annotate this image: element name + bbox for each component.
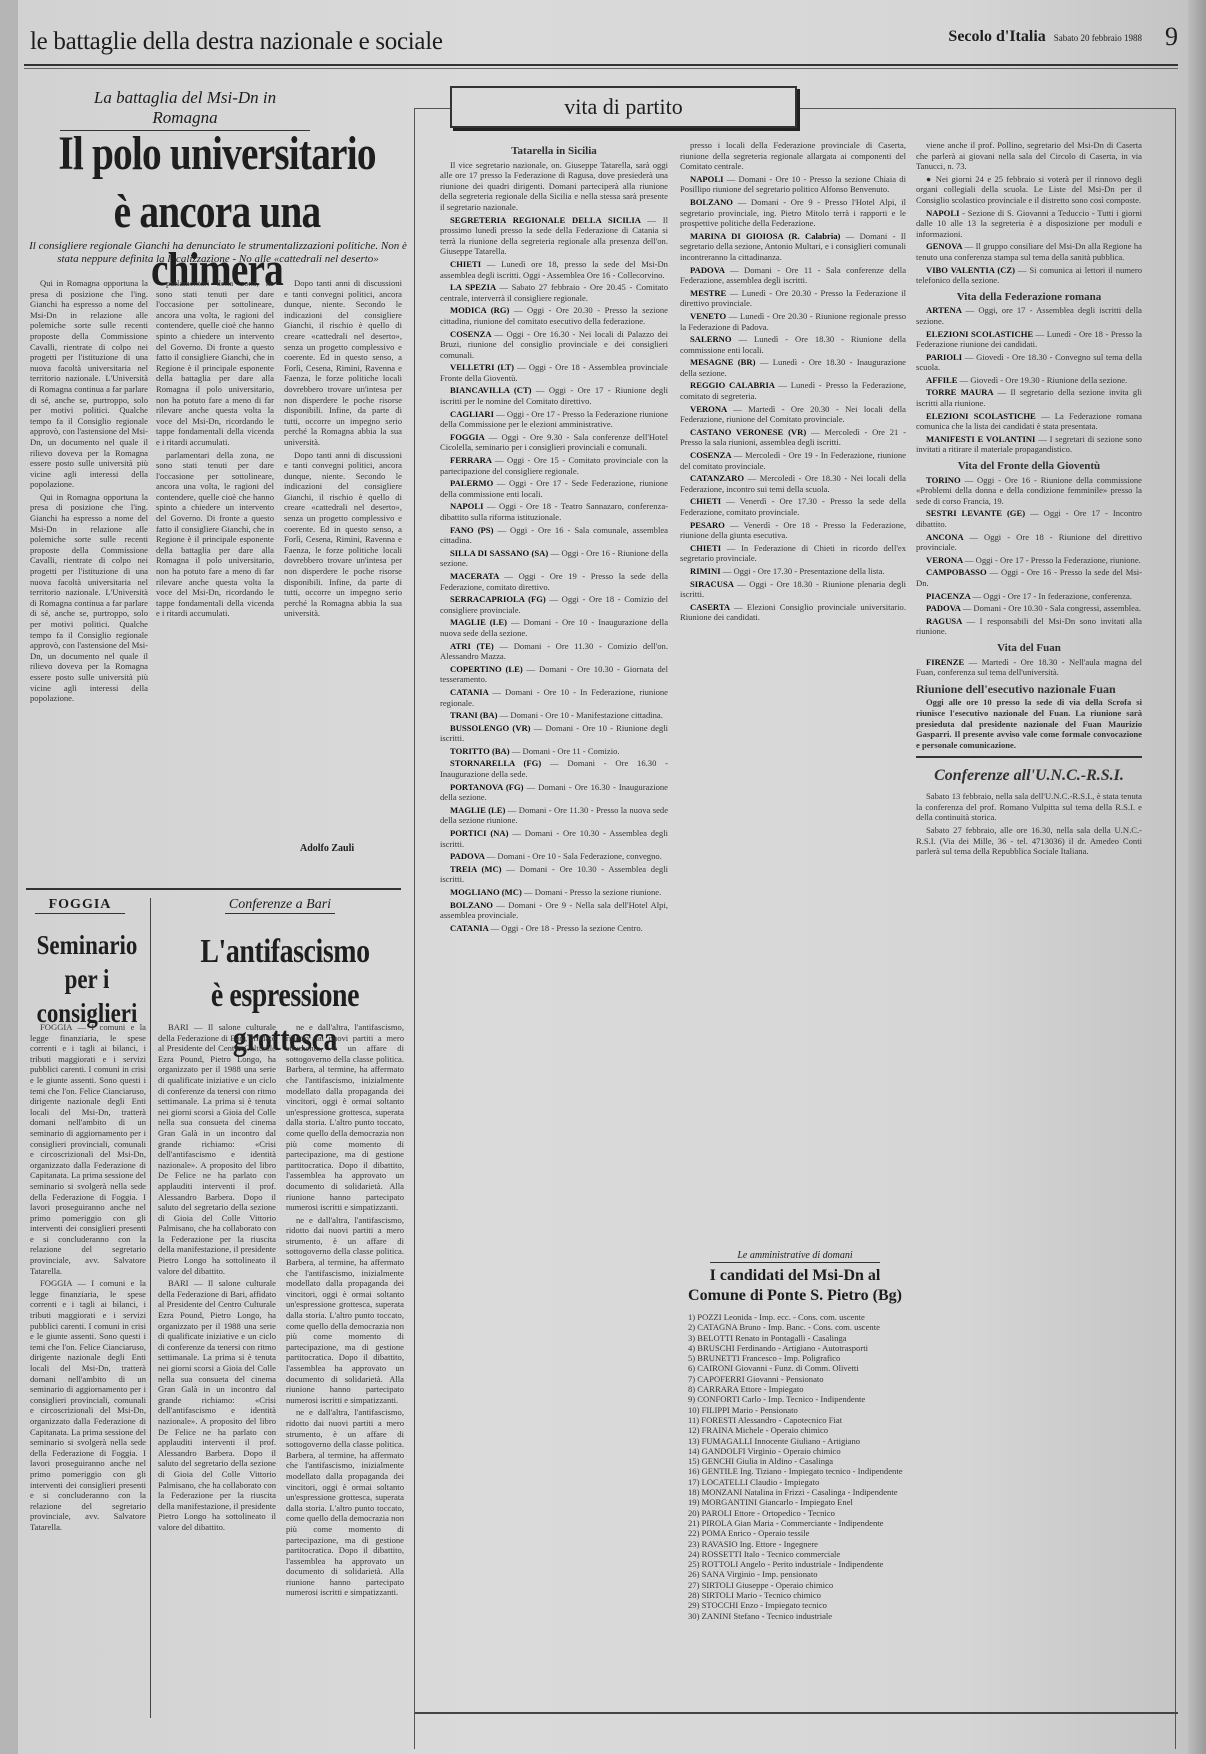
notice-place: MAGLIE (LE) [450,805,508,815]
notice-entry: BIANCAVILLA (CT) — Oggi - Ore 17 - Riuni… [440,385,668,406]
notice-place: FERRARA [450,455,495,465]
vita-di-partito-banner: vita di partito [450,86,797,128]
notice-entry: PARIOLI — Giovedì - Ore 18.30 - Convegno… [916,352,1142,373]
foggia-text: FOGGIA — I comuni e la legge finanziaria… [30,1278,146,1532]
notice-entry: CAGLIARI — Oggi - Ore 17 - Presso la Fed… [440,409,668,430]
notice-place: ATRI (TE) [450,641,499,651]
notice-entry: PALERMO — Oggi - Ore 17 - Sede Federazio… [440,478,668,499]
notice-entry: TORRE MAURA — Il segretario della sezion… [916,387,1142,408]
notice-place: SESTRI LEVANTE (GE) [926,508,1030,518]
page-shadow-edge [1188,0,1206,1754]
notice-entry: BOLZANO — Domani - Ore 9 - Presso l'Hote… [680,197,906,229]
candidate-item: 1) POZZI Leonida - Imp. ecc. - Cons. com… [688,1312,906,1322]
notice-place: TRANI (BA) [450,710,500,720]
notice-entry: PORTANOVA (FG) — Domani - Ore 16.30 - In… [440,782,668,803]
lead-column-text: parlamentari della zona, ne sono stati t… [156,450,274,620]
notice-entry: ANCONA — Oggi - Ore 18 - Riunione del di… [916,532,1142,553]
notice-place: TORINO [926,475,965,485]
notice-place: CHIETI [690,543,727,553]
vita-column-1: Tatarella in Sicilia Il vice segretario … [440,140,668,1720]
bari-label: Conferenze a Bari [225,897,335,914]
candidate-item: 19) MORGANTINI Giancarlo - Impiegato Ene… [688,1497,906,1507]
notice-entry: SESTRI LEVANTE (GE) — Oggi - Ore 17 - In… [916,508,1142,529]
col1-entries: SEGRETERIA REGIONALE DELLA SICILIA — Il … [440,215,668,934]
notice-entry: presso i locali della Federazione provin… [680,140,906,172]
notice-place: VERONA [690,404,733,414]
notice-entry: COSENZA — Mercoledì - Ore 19 - In Federa… [680,450,906,471]
notice-entry: CASERTA — Elezioni Consiglio provinciale… [680,602,906,623]
section-title: le battaglie della destra nazionale e so… [30,28,443,56]
lead-column-text: Dopo tanti anni di discussioni e tanti c… [284,278,402,448]
executive-title: Riunione dell'esecutivo nazionale Fuan [916,684,1142,695]
lead-column-1: Qui in Romagna opportuna la presa di pos… [30,278,148,833]
notice-place: BUSSOLENGO (VR) [450,723,534,733]
notice-place: ANCONA [926,532,969,542]
notice-text: — Domani - Ore 11 - Comizio. [512,746,620,756]
notice-entry: TORITTO (BA) — Domani - Ore 11 - Comizio… [440,746,668,757]
notice-text: presso i locali della Federazione provin… [680,140,906,171]
notice-entry: VERONA — Martedì - Ore 20.30 - Nei local… [680,404,906,425]
candidate-item: 4) BRUSCHI Ferdinando - Artigiano - Auto… [688,1343,906,1353]
bari-headline-line1: L'antifascismo [174,930,395,974]
notice-place: MACERATA [450,571,504,581]
section-divider [26,888,401,890]
col3-bullet: ● Nei giorni 24 e 25 febbraio si voterà … [916,174,1142,206]
candidate-item: 2) CATAGNA Bruno - Imp. Banc. - Cons. co… [688,1322,906,1332]
notice-place: MOGLIANO (MC) [450,887,524,897]
notice-entry: PADOVA — Domani - Ore 10 - Sala Federazi… [440,851,668,862]
candidate-item: 11) FORESTI Alessandro - Capotecnico Fia… [688,1415,906,1425]
notice-entry: CATANZARO — Mercoledì - Ore 18.30 - Nei … [680,473,906,494]
notice-place: PORTANOVA (FG) [450,782,527,792]
notice-entry: CHIETI — Venerdì - Ore 17.30 - Presso la… [680,496,906,517]
notice-place: BIANCAVILLA (CT) [450,385,536,395]
notice-entry: NAPOLI — Oggi - Ore 18 - Teatro Sannazar… [440,501,668,522]
notice-place: MESAGNE (BR) [690,357,760,367]
notice-place: AFFILE [926,375,960,385]
lead-column-3: Dopo tanti anni di discussioni e tanti c… [284,278,402,833]
notice-place: COSENZA [450,329,495,339]
col3-intro: viene anche il prof. Pollino, segretario… [916,140,1142,172]
notice-entry: SILLA DI SASSANO (SA) — Oggi - Ore 16 - … [440,548,668,569]
candidates-list: 1) POZZI Leonida - Imp. ecc. - Cons. com… [688,1312,906,1621]
notice-place: PORTICI (NA) [450,828,512,838]
candidate-item: 18) MONZANI Natalina in Frizzi - Casalin… [688,1487,906,1497]
candidate-item: 25) ROTTOLI Angelo - Perito industriale … [688,1559,906,1569]
notice-place: COSENZA [690,450,734,460]
candidate-item: 22) POMA Enrico - Operaio tessile [688,1528,906,1538]
notice-place: FANO (PS) [450,525,497,535]
notice-entry: MOGLIANO (MC) — Domani - Presso la sezio… [440,887,668,898]
bari-text: ne e dall'altra, l'antifascismo, ridotto… [286,1215,404,1406]
notice-place: CATANIA [450,923,491,933]
candidate-item: 30) ZANINI Stefano - Tecnico industriale [688,1611,906,1621]
notice-place: LA SPEZIA [450,282,499,292]
candidate-item: 7) CAPOFERRI Giovanni - Pensionato [688,1374,906,1384]
tatarella-intro: Il vice segretario nazionale, on. Giusep… [440,160,668,213]
notice-entry: MODICA (RG) — Oggi - Ore 20.30 - Presso … [440,305,668,326]
fuan-entries: FIRENZE — Martedì - Ore 18.30 - Nell'aul… [916,657,1142,678]
notice-entry: CHIETI — In Federazione di Chieti in ric… [680,543,906,564]
notice-place: SERRACAPRIOLA (FG) [450,594,549,604]
notice-entry: PADOVA — Domani - Ore 10.30 - Sala congr… [916,603,1142,614]
page-binding-edge [0,0,20,1754]
candidate-item: 24) ROSSETTI Italo - Tecnico commerciale [688,1549,906,1559]
conference-text-1: Sabato 13 febbraio, nella sala dell'U.N.… [916,791,1142,823]
notice-entry: COPERTINO (LE) — Domani - Ore 10.30 - Gi… [440,664,668,685]
lead-headline: Il polo universitario è ancora una chime… [57,125,377,299]
notice-entry: FANO (PS) — Oggi - Ore 16 - Sala comunal… [440,525,668,546]
lead-column-text: Dopo tanti anni di discussioni e tanti c… [284,450,402,620]
notice-place: PADOVA [450,851,487,861]
notice-entry: STORNARELLA (FG) — Domani - Ore 16.30 - … [440,758,668,779]
notice-place: VERONA [926,555,965,565]
notice-entry: ELEZIONI SCOLASTICHE — La Federazione ro… [916,411,1142,432]
notice-text: — Domani - Ore 10 - Manifestazione citta… [500,710,663,720]
notice-entry: FOGGIA — Oggi - Ore 9.30 - Sala conferen… [440,432,668,453]
notice-text: — Domani - Ore 10.30 - Sala congressi, a… [963,603,1141,613]
bari-column-2: ne e dall'altra, l'antifascismo, ridotto… [286,1022,404,1722]
tatarella-title: Tatarella in Sicilia [440,146,668,157]
notice-entry: SEGRETERIA REGIONALE DELLA SICILIA — Il … [440,215,668,257]
notice-place: MESTRE [690,288,730,298]
vita-column-3: viene anche il prof. Pollino, segretario… [916,140,1142,1710]
notice-entry: COSENZA — Oggi - Ore 16.30 - Nei locali … [440,329,668,361]
conf-divider [916,756,1142,758]
notice-entry: FIRENZE — Martedì - Ore 18.30 - Nell'aul… [916,657,1142,678]
candidate-item: 13) FUMAGALLI Innocente Giuliano - Artig… [688,1436,906,1446]
notice-place: VELLETRI (LT) [450,362,517,372]
notice-place: PARIOLI [926,352,965,362]
candidate-item: 8) CARRARA Ettore - Impiegato [688,1384,906,1394]
column-divider [150,898,151,1718]
notice-place: GENOVA [926,241,965,251]
foggia-label: FOGGIA [35,897,125,914]
candidate-item: 6) CAIRONI Giovanni - Funz. di Comm. Oli… [688,1363,906,1373]
lead-column-text: parlamentari della zona, ne sono stati t… [156,278,274,448]
notice-place: STORNARELLA (FG) [450,758,550,768]
notice-entry: NAPOLI - Sezione di S. Giovanni a Teducc… [916,208,1142,240]
notice-place: PIACENZA [926,591,973,601]
notice-place: CHIETI [450,259,487,269]
roma-entries: ARTENA — Oggi, ore 17 - Assemblea degli … [916,305,1142,455]
fronte-title: Vita del Fronte della Gioventù [916,461,1142,472]
newspaper-title: Secolo d'Italia [948,28,1045,45]
bari-text: ne e dall'altra, l'antifascismo, ridotto… [286,1407,404,1598]
notice-place: MANIFESTI E VOLANTINI [926,434,1038,444]
candidate-item: 17) LOCATELLI Claudio - Impiegato [688,1477,906,1487]
lead-column-text: Qui in Romagna opportuna la presa di pos… [30,278,148,490]
notice-entry: MESAGNE (BR) — Lunedì - Ore 18.30 - Inau… [680,357,906,378]
notice-entry: MANIFESTI E VOLANTINI — I segretari di s… [916,434,1142,455]
executive-text: Oggi alle ore 10 presso la sede di via d… [916,697,1142,750]
candidate-item: 12) FRAINA Michele - Operaio chimico [688,1425,906,1435]
notice-place: VIBO VALENTIA (CZ) [926,265,1018,275]
candidate-item: 26) SANA Virginio - Imp. pensionato [688,1569,906,1579]
candidates-headline: I candidati del Msi-Dn al Comune di Pont… [684,1266,906,1306]
notice-place: PADOVA [926,603,963,613]
foggia-headline: Seminario per i consiglieri [32,928,143,1030]
foggia-body: FOGGIA — I comuni e la legge finanziaria… [30,1022,146,1722]
notice-entry: PESARO — Venerdì - Ore 18 - Presso la Fe… [680,520,906,541]
notice-place: SILLA DI SASSANO (SA) [450,548,551,558]
roma-title: Vita della Federazione romana [916,292,1142,303]
candidate-item: 10) FILIPPI Mario - Pensionato [688,1405,906,1415]
notice-entry: NAPOLI — Domani - Ore 10 - Presso la sez… [680,174,906,195]
page-number: 9 [1165,22,1178,52]
notice-entry: PORTICI (NA) — Domani - Ore 10.30 - Asse… [440,828,668,849]
candidate-item: 15) GENCHI Giulia in Aldino - Casalinga [688,1456,906,1466]
bari-column-1: BARI — Il salone culturale della Federaz… [158,1022,276,1722]
notice-entry: CATANIA — Domani - Ore 10 - In Federazio… [440,687,668,708]
notice-text: — Domani - Presso la sezione riunione. [524,887,661,897]
candidate-item: 14) GANDOLFI Virginio - Operaio chimico [688,1446,906,1456]
lead-byline: Adolfo Zauli [300,843,354,854]
notice-entry: TRANI (BA) — Domani - Ore 10 - Manifesta… [440,710,668,721]
notice-place: ELEZIONI SCOLASTICHE [926,329,1036,339]
lead-headline-line1: Il polo universitario [57,125,377,183]
notice-entry: RAGUSA — I responsabili del Msi-Dn sono … [916,616,1142,637]
notice-place: MODICA (RG) [450,305,514,315]
notice-entry: MACERATA — Oggi - Ore 19 - Presso la sed… [440,571,668,592]
notice-text: — Giovedì - Ore 19.30 - Riunione della s… [960,375,1128,385]
notice-place: CHIETI [690,496,726,506]
masthead-rule [24,64,1178,66]
notice-place: NAPOLI [926,208,962,218]
vita-di-partito-title: vita di partito [452,94,795,120]
notice-entry: CHIETI — Lunedì ore 18, presso la sede d… [440,259,668,280]
fronte-entries: TORINO — Oggi - Ore 16 - Riunione della … [916,475,1142,637]
notice-entry: PIACENZA — Oggi - Ore 17 - In federazion… [916,591,1142,602]
notice-place: PADOVA [690,265,730,275]
candidate-item: 28) SIRTOLI Mario - Tecnico chimico [688,1590,906,1600]
notice-entry: AFFILE — Giovedì - Ore 19.30 - Riunione … [916,375,1142,386]
notice-place: CASTANO VERONESE (VR) [690,427,811,437]
notice-place: CAMPOBASSO [926,567,990,577]
fuan-title: Vita del Fuan [916,643,1142,654]
notice-entry: PADOVA — Domani - Ore 11 - Sala conferen… [680,265,906,286]
notice-place: ELEZIONI SCOLASTICHE [926,411,1041,421]
notice-entry: SALERNO — Lunedì - Ore 18.30 - Riunione … [680,334,906,355]
notice-place: COPERTINO (LE) [450,664,527,674]
notice-entry: SIRACUSA — Oggi - Ore 18.30 - Riunione p… [680,579,906,600]
lead-column-text: Qui in Romagna opportuna la presa di pos… [30,492,148,704]
bottom-rule [415,1712,1178,1714]
notice-entry: VENETO — Lunedì - Ore 20.30 - Riunione r… [680,311,906,332]
notice-place: REGGIO CALABRIA [690,380,778,390]
notice-place: NAPOLI [450,501,487,511]
notice-place: VENETO [690,311,729,321]
notice-entry: CASTANO VERONESE (VR) — Mercoledì - Ore … [680,427,906,448]
notice-entry: MARINA DI GIOIOSA (R. Calabria) — Domani… [680,231,906,263]
col3-bullet-text: Nei giorni 24 e 25 febbraio si voterà pe… [916,174,1142,205]
notice-place: ARTENA [926,305,966,315]
col2-entries: presso i locali della Federazione provin… [680,140,906,623]
notice-place: TORRE MAURA [926,387,997,397]
notice-text: — Domani - Ore 10 - Sala Federazione, co… [487,851,662,861]
foggia-text: FOGGIA — I comuni e la legge finanziaria… [30,1022,146,1276]
notice-place: RAGUSA [926,616,966,626]
candidate-item: 3) BELOTTI Renato in Pontagalli - Casali… [688,1333,906,1343]
notice-text: — Oggi - Ore 17 - Presso la Federazione,… [965,555,1141,565]
notice-place: MARINA DI GIOIOSA (R. Calabria) [690,231,846,241]
notice-entry: MAGLIE (LE) — Domani - Ore 11.30 - Press… [440,805,668,826]
candidate-item: 20) PAROLI Ettore - Ortopedico - Tecnico [688,1508,906,1518]
candidate-item: 29) STOCCHI Enzo - Impiegato tecnico [688,1600,906,1610]
notice-place: BOLZANO [690,197,738,207]
notice-place: TREIA (MC) [450,864,506,874]
notice-place: BOLZANO [450,900,496,910]
vita-column-2: presso i locali della Federazione provin… [680,140,906,1240]
notice-entry: CAMPOBASSO — Oggi - Ore 16 - Presso la s… [916,567,1142,588]
notice-entry: VIBO VALENTIA (CZ) — Si comunica ai lett… [916,265,1142,286]
masthead-rule-thin [24,68,1178,69]
bari-text: BARI — Il salone culturale della Federaz… [158,1022,276,1276]
notice-entry: TREIA (MC) — Domani - Ore 10.30 - Assemb… [440,864,668,885]
notice-entry: VERONA — Oggi - Ore 17 - Presso la Feder… [916,555,1142,566]
notice-entry: BUSSOLENGO (VR) — Domani - Ore 10 - Riun… [440,723,668,744]
notice-place: CATANIA [450,687,492,697]
notice-entry: LA SPEZIA — Sabato 27 febbraio - Ore 20.… [440,282,668,303]
issue-date: Sabato 20 febbraio 1988 [1054,33,1142,43]
notice-place: SALERNO [690,334,738,344]
notice-entry: BOLZANO — Domani - Ore 9 - Nella sala de… [440,900,668,921]
newspaper-name: Secolo d'Italia Sabato 20 febbraio 1988 [948,28,1142,46]
notice-text: — Oggi - Ore 17.30 - Presentazione della… [723,566,885,576]
candidate-item: 5) BRUNETTI Francesco - Imp. Poligrafico [688,1353,906,1363]
notice-place: MAGLIE (LE) [450,617,511,627]
candidate-item: 23) RAVASIO Ing. Ettore - Ingegnere [688,1539,906,1549]
notice-entry: TORINO — Oggi - Ore 16 - Riunione della … [916,475,1142,507]
notice-entry: ELEZIONI SCOLASTICHE — Lunedì - Ore 18 -… [916,329,1142,350]
candidate-item: 21) PIROLA Gian Maria - Commerciante - I… [688,1518,906,1528]
notice-place: NAPOLI [690,174,727,184]
notice-entry: MESTRE — Lunedì - Ore 20.30 - Presso la … [680,288,906,309]
notice-entry: MAGLIE (LE) — Domani - Ore 10 - Inaugura… [440,617,668,638]
notice-place: PESARO [690,520,730,530]
notice-entry: FERRARA — Oggi - Ore 15 - Comitato provi… [440,455,668,476]
notice-place: CAGLIARI [450,409,496,419]
candidate-item: 16) GENTILE Ing. Tiziano - Impiegato tec… [688,1466,906,1476]
notice-text: — Oggi - Ore 17 - In federazione, confer… [973,591,1132,601]
col3-entries: NAPOLI - Sezione di S. Giovanni a Teducc… [916,208,1142,286]
notice-entry: ATRI (TE) — Domani - Ore 11.30 - Comizio… [440,641,668,662]
notice-place: PALERMO [450,478,497,488]
notice-entry: ARTENA — Oggi, ore 17 - Assemblea degli … [916,305,1142,326]
notice-entry: SERRACAPRIOLA (FG) — Oggi - Ore 18 - Com… [440,594,668,615]
notice-entry: REGGIO CALABRIA — Lunedì - Presso la Fed… [680,380,906,401]
candidate-item: 27) SIRTOLI Giuseppe - Operaio chimico [688,1580,906,1590]
notice-place: CATANZARO [690,473,748,483]
notice-place: FIRENZE [926,657,969,667]
candidates-kicker: Le amministrative di domani [710,1250,880,1263]
candidate-item: 9) CONFORTI Carlo - Imp. Tecnico - Indip… [688,1394,906,1404]
notice-entry: RIMINI — Oggi - Ore 17.30 - Presentazion… [680,566,906,577]
notice-entry: GENOVA — Il gruppo consiliare del Msi-Dn… [916,241,1142,262]
lead-subhead: Il consigliere regionale Gianchi ha denu… [28,240,408,266]
lead-column-2: parlamentari della zona, ne sono stati t… [156,278,274,833]
notice-place: SEGRETERIA REGIONALE DELLA SICILIA [450,215,647,225]
notice-place: SIRACUSA [690,579,737,589]
bari-text: ne e dall'altra, l'antifascismo, ridotto… [286,1022,404,1213]
notice-place: CASERTA [690,602,734,612]
conference-title: Conferenze all'U.N.C.-R.S.I. [916,766,1142,785]
notice-text: — Oggi - Ore 18 - Presso la sezione Cent… [491,923,643,933]
notice-entry: CATANIA — Oggi - Ore 18 - Presso la sezi… [440,923,668,934]
notice-place: TORITTO (BA) [450,746,512,756]
bari-text: BARI — Il salone culturale della Federaz… [158,1278,276,1532]
notice-place: RIMINI [690,566,723,576]
notice-place: FOGGIA [450,432,489,442]
conference-text-2: Sabato 27 febbraio, alle ore 16.30, nell… [916,825,1142,857]
notice-entry: VELLETRI (LT) — Oggi - Ore 18 - Assemble… [440,362,668,383]
